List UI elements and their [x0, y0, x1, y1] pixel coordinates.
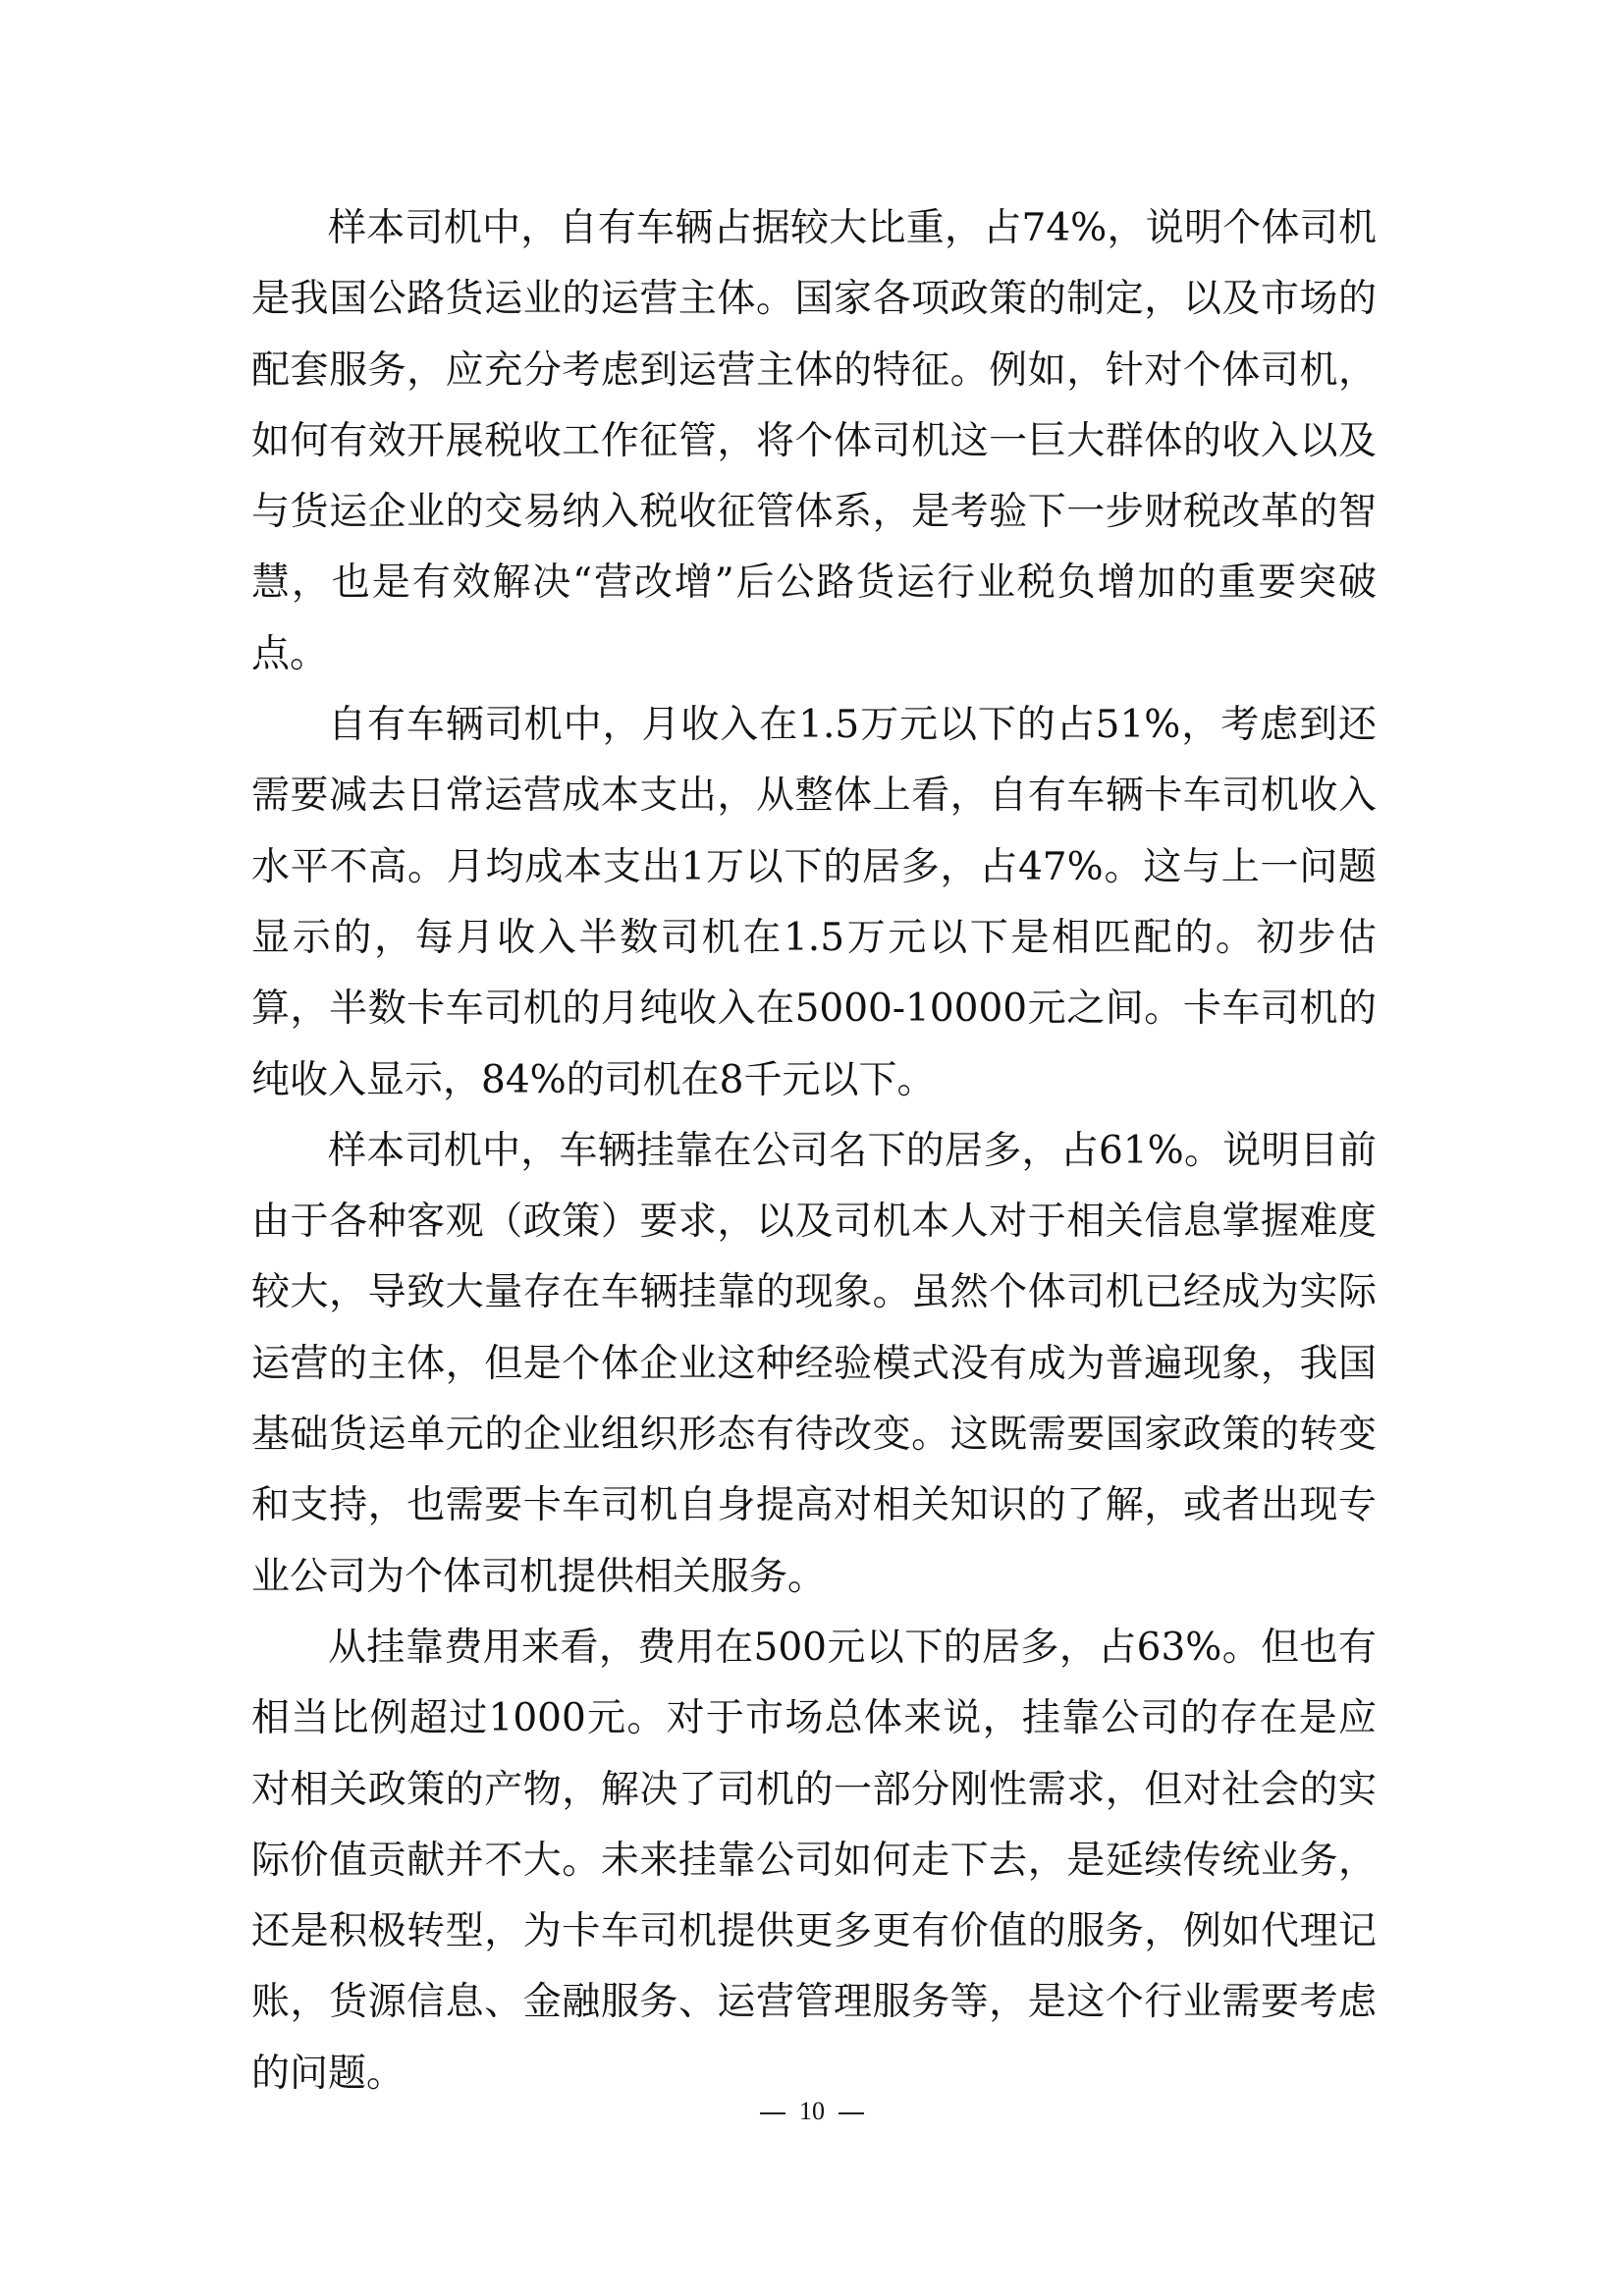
- body-text: 样本司机中，自有车辆占据较大比重，占74%，说明个体司机是我国公路货运业的运营主…: [251, 193, 1377, 2109]
- dash-right-decoration: [839, 2112, 864, 2114]
- dash-left-decoration: [760, 2112, 785, 2114]
- document-page: 样本司机中，自有车辆占据较大比重，占74%，说明个体司机是我国公路货运业的运营主…: [0, 0, 1624, 2296]
- paragraph-affiliation-fees: 从挂靠费用来看，费用在500元以下的居多，占63%。但也有相当比例超过1000元…: [251, 1613, 1377, 2109]
- paragraph-monthly-income: 自有车辆司机中，月收入在1.5万元以下的占51%，考虑到还需要减去日常运营成本支…: [251, 690, 1377, 1116]
- page-number-footer: 10: [0, 2097, 1624, 2126]
- page-number: 10: [799, 2097, 825, 2125]
- paragraph-self-owned-vehicles: 样本司机中，自有车辆占据较大比重，占74%，说明个体司机是我国公路货运业的运营主…: [251, 193, 1377, 690]
- paragraph-vehicle-affiliation: 样本司机中，车辆挂靠在公司名下的居多，占61%。说明目前由于各种客观（政策）要求…: [251, 1116, 1377, 1613]
